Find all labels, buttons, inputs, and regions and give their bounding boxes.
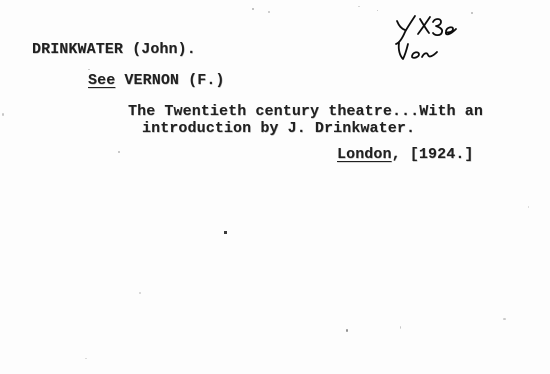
paper-speck [471, 12, 473, 14]
title-line-2: introduction by J. Drinkwater. [142, 121, 415, 136]
imprint-line: London, [1924.] [337, 147, 474, 162]
paper-speck [358, 6, 360, 7]
paper-speck [2, 113, 4, 116]
author-heading: DRINKWATER (John). [32, 42, 196, 57]
imprint-date: , [1924.] [392, 146, 474, 163]
catalog-card: DRINKWATER (John). See VERNON (F.) The T… [0, 0, 550, 374]
title-line-1: The Twentieth century theatre...With an [128, 104, 483, 119]
paper-speck [85, 358, 87, 359]
handwriting-ink-icon [392, 13, 472, 69]
imprint-place: London [337, 146, 392, 163]
paper-speck [346, 329, 348, 332]
paper-speck [377, 10, 378, 11]
paper-speck [118, 151, 120, 153]
shelfmark-annotation: YX3e Ver [392, 13, 472, 69]
cross-reference-line: See VERNON (F.) [88, 73, 225, 88]
paper-speck [268, 11, 270, 13]
paper-speck [252, 8, 254, 10]
paper-speck [88, 69, 90, 70]
paper-speck [528, 206, 529, 208]
paper-speck [400, 326, 401, 329]
see-label: See [88, 72, 115, 89]
ink-dot [224, 231, 227, 234]
see-target: VERNON (F.) [115, 72, 224, 89]
paper-speck [503, 318, 506, 320]
paper-speck [139, 292, 141, 294]
